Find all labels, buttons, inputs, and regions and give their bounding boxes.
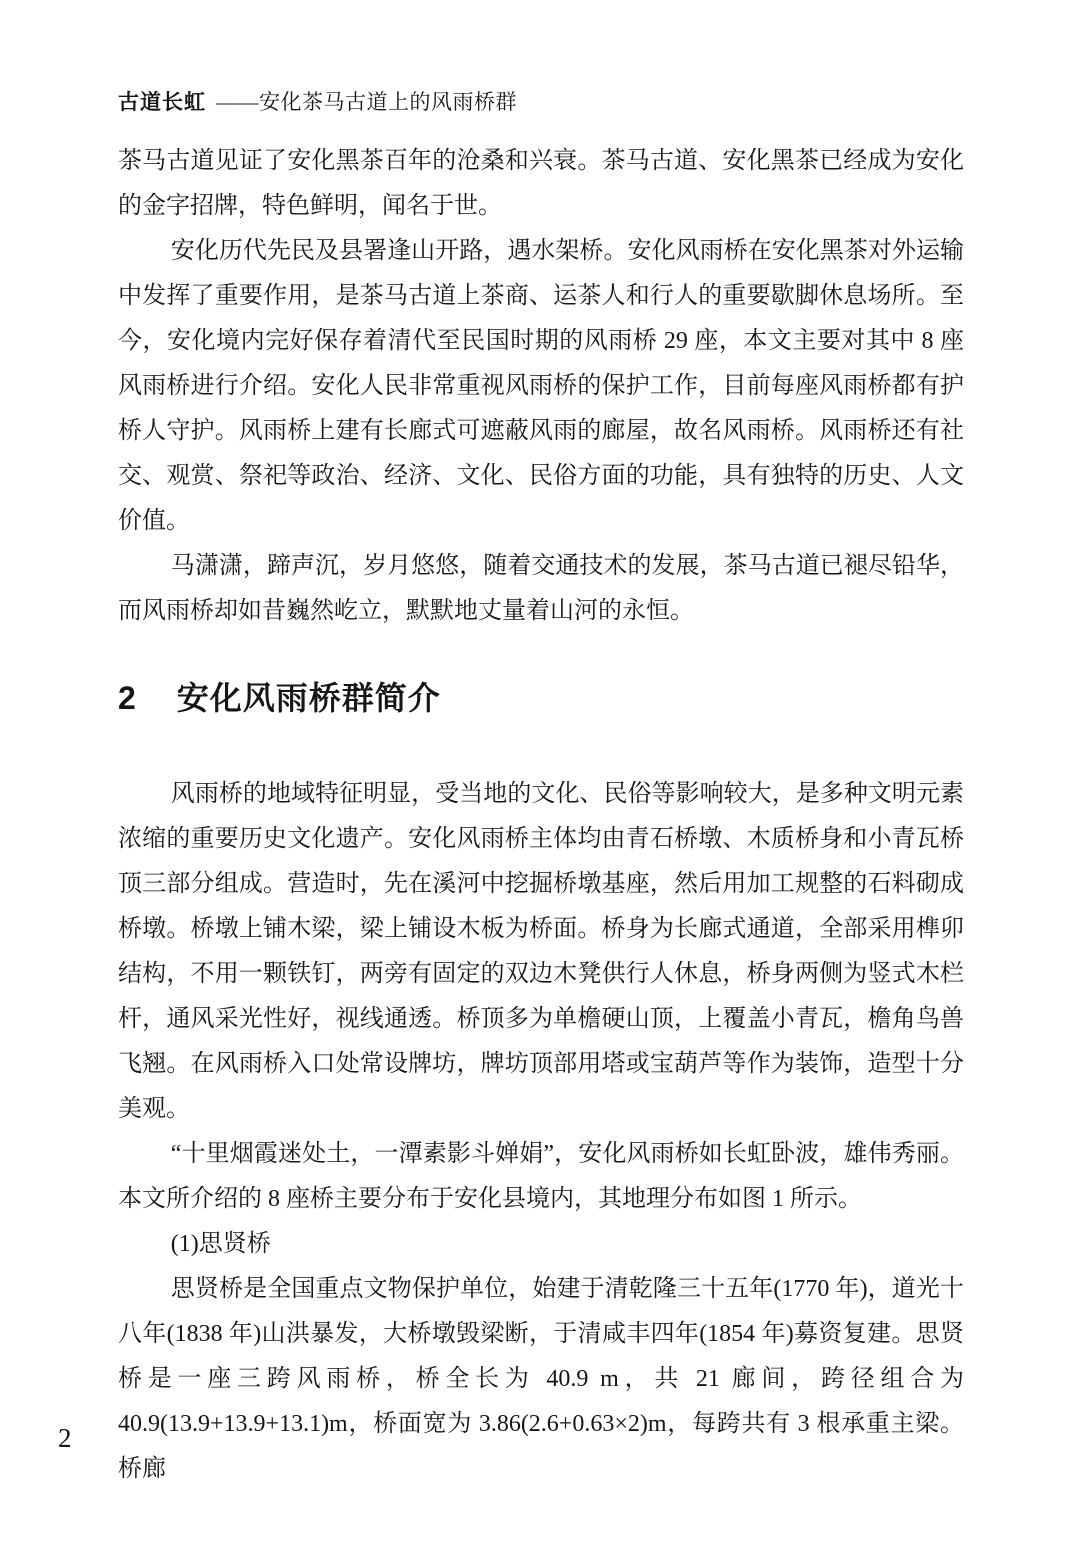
list-item-bridge-sixian: (1)思贤桥 — [118, 1222, 964, 1267]
paragraph-continuation: 茶马古道见证了安化黑茶百年的沧桑和兴衰。茶马古道、安化黑茶已经成为安化的金字招牌… — [118, 139, 964, 229]
section-title: 安化风雨桥群简介 — [177, 674, 441, 722]
running-header: 古道长虹——安化茶马古道上的风雨桥群 — [118, 88, 964, 117]
page-body-text: 茶马古道见证了安化黑茶百年的沧桑和兴衰。茶马古道、安化黑茶已经成为安化的金字招牌… — [118, 139, 964, 1492]
book-title: 古道长虹 — [118, 91, 206, 114]
chapter-subtitle: ——安化茶马古道上的风雨桥群 — [216, 90, 517, 114]
section-heading: 2 安化风雨桥群简介 — [118, 674, 964, 722]
paragraph: “十里烟霞迷处土，一潭素影斗婵娟”，安化风雨桥如长虹卧波，雄伟秀丽。本文所介绍的… — [118, 1132, 964, 1222]
paragraph: 安化历代先民及县署逢山开路，遇水架桥。安化风雨桥在安化黑茶对外运输中发挥了重要作… — [118, 229, 964, 544]
paragraph: 风雨桥的地域特征明显，受当地的文化、民俗等影响较大，是多种文明元素浓缩的重要历史… — [118, 772, 964, 1132]
paragraph: 思贤桥是全国重点文物保护单位，始建于清乾隆三十五年(1770 年)，道光十八年(… — [118, 1267, 964, 1492]
document-page: 古道长虹——安化茶马古道上的风雨桥群 茶马古道见证了安化黑茶百年的沧桑和兴衰。茶… — [0, 0, 1080, 1559]
page-number: 2 — [58, 1420, 72, 1456]
section-number: 2 — [118, 674, 137, 722]
paragraph: 马潇潇，蹄声沉，岁月悠悠，随着交通技术的发展，茶马古道已褪尽铅华，而风雨桥却如昔… — [118, 544, 964, 634]
